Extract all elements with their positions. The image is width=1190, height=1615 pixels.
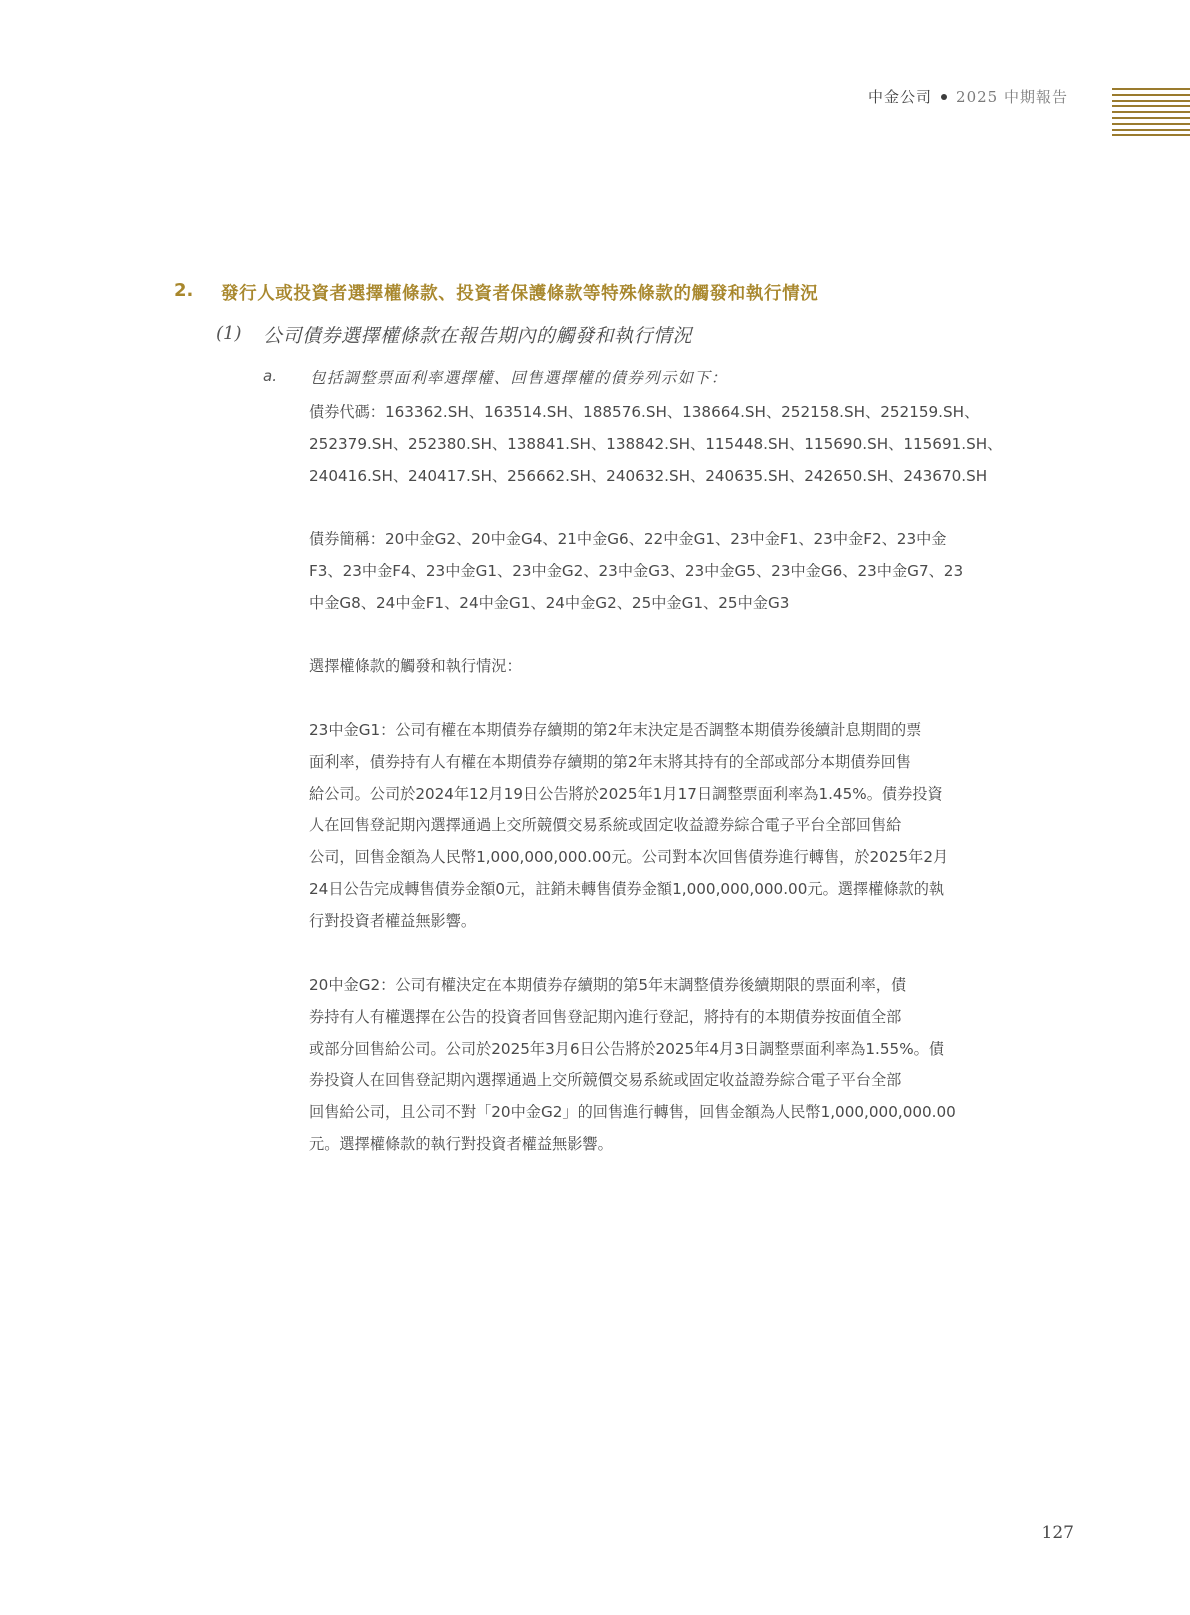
- header-report-title: 2025 中期報告: [956, 88, 1068, 106]
- header-company: 中金公司: [868, 88, 932, 106]
- text-line: 券持有人有權選擇在公告的投資者回售登記期內進行登記，將持有的本期債券按面值全部: [309, 1002, 1069, 1034]
- page-number: 127: [1042, 1523, 1074, 1543]
- item-number: a.: [263, 367, 277, 385]
- bullet-separator-icon: [941, 94, 947, 100]
- text-line: 面利率，債券持有人有權在本期債券存續期的第2年末將其持有的全部或部分本期債券回售: [309, 747, 1069, 779]
- section-title: 發行人或投資者選擇權條款、投資者保護條款等特殊條款的觸發和執行情況: [221, 280, 818, 305]
- text-line: 252379.SH、252380.SH、138841.SH、138842.SH、…: [309, 429, 1069, 461]
- text-line: 券投資人在回售登記期內選擇通過上交所競價交易系統或固定收益證券綜合電子平台全部: [309, 1065, 1069, 1097]
- text-line: 元。選擇權條款的執行對投資者權益無影響。: [309, 1129, 1069, 1161]
- trigger-heading: 選擇權條款的觸發和執行情況：: [309, 651, 1069, 683]
- text-line: 人在回售登記期內選擇通過上交所競價交易系統或固定收益證券綜合電子平台全部回售給: [309, 810, 1069, 842]
- running-header: 中金公司2025 中期報告: [868, 86, 1068, 107]
- section-number: 2.: [174, 280, 193, 301]
- text-line: 24日公告完成轉售債券金額0元，註銷未轉售債券金額1,000,000,000.0…: [309, 874, 1069, 906]
- text-line: 中金G8、24中金F1、24中金G1、24中金G2、25中金G1、25中金G3: [309, 588, 1069, 620]
- header-stripes-decoration: [1112, 88, 1190, 136]
- bond-names-paragraph: 債券簡稱：20中金G2、20中金G4、21中金G6、22中金G1、23中金F1、…: [309, 524, 1069, 619]
- paragraph-23-cicc-g1: 23中金G1：公司有權在本期債券存續期的第2年末決定是否調整本期債券後續計息期間…: [309, 715, 1069, 938]
- text-line: 公司，回售金額為人民幣1,000,000,000.00元。公司對本次回售債券進行…: [309, 842, 1069, 874]
- text-line: 23中金G1：公司有權在本期債券存續期的第2年末決定是否調整本期債券後續計息期間…: [309, 715, 1069, 747]
- bond-codes-paragraph: 債券代碼：163362.SH、163514.SH、188576.SH、13866…: [309, 397, 1069, 492]
- text-line: 或部分回售給公司。公司於2025年3月6日公告將於2025年4月3日調整票面利率…: [309, 1034, 1069, 1066]
- item-title: 包括調整票面利率選擇權、回售選擇權的債券列示如下：: [310, 366, 728, 388]
- text-line: 給公司。公司於2024年12月19日公告將於2025年1月17日調整票面利率為1…: [309, 779, 1069, 811]
- text-line: 240416.SH、240417.SH、256662.SH、240632.SH、…: [309, 461, 1069, 493]
- text-line: 回售給公司，且公司不對「20中金G2」的回售進行轉售，回售金額為人民幣1,000…: [309, 1097, 1069, 1129]
- text-line: 債券簡稱：20中金G2、20中金G4、21中金G6、22中金G1、23中金F1、…: [309, 524, 1069, 556]
- text-line: 20中金G2：公司有權決定在本期債券存續期的第5年末調整債券後續期限的票面利率，…: [309, 970, 1069, 1002]
- text-line: F3、23中金F4、23中金G1、23中金G2、23中金G3、23中金G5、23…: [309, 556, 1069, 588]
- paragraph-20-cicc-g2: 20中金G2：公司有權決定在本期債券存續期的第5年末調整債券後續期限的票面利率，…: [309, 970, 1069, 1161]
- subsection-number: (1): [216, 323, 242, 344]
- text-line: 行對投資者權益無影響。: [309, 906, 1069, 938]
- text-line: 債券代碼：163362.SH、163514.SH、188576.SH、13866…: [309, 397, 1069, 429]
- trigger-heading-paragraph: 選擇權條款的觸發和執行情況：: [309, 651, 1069, 683]
- subsection-title: 公司債券選擇權條款在報告期內的觸發和執行情況: [263, 321, 692, 348]
